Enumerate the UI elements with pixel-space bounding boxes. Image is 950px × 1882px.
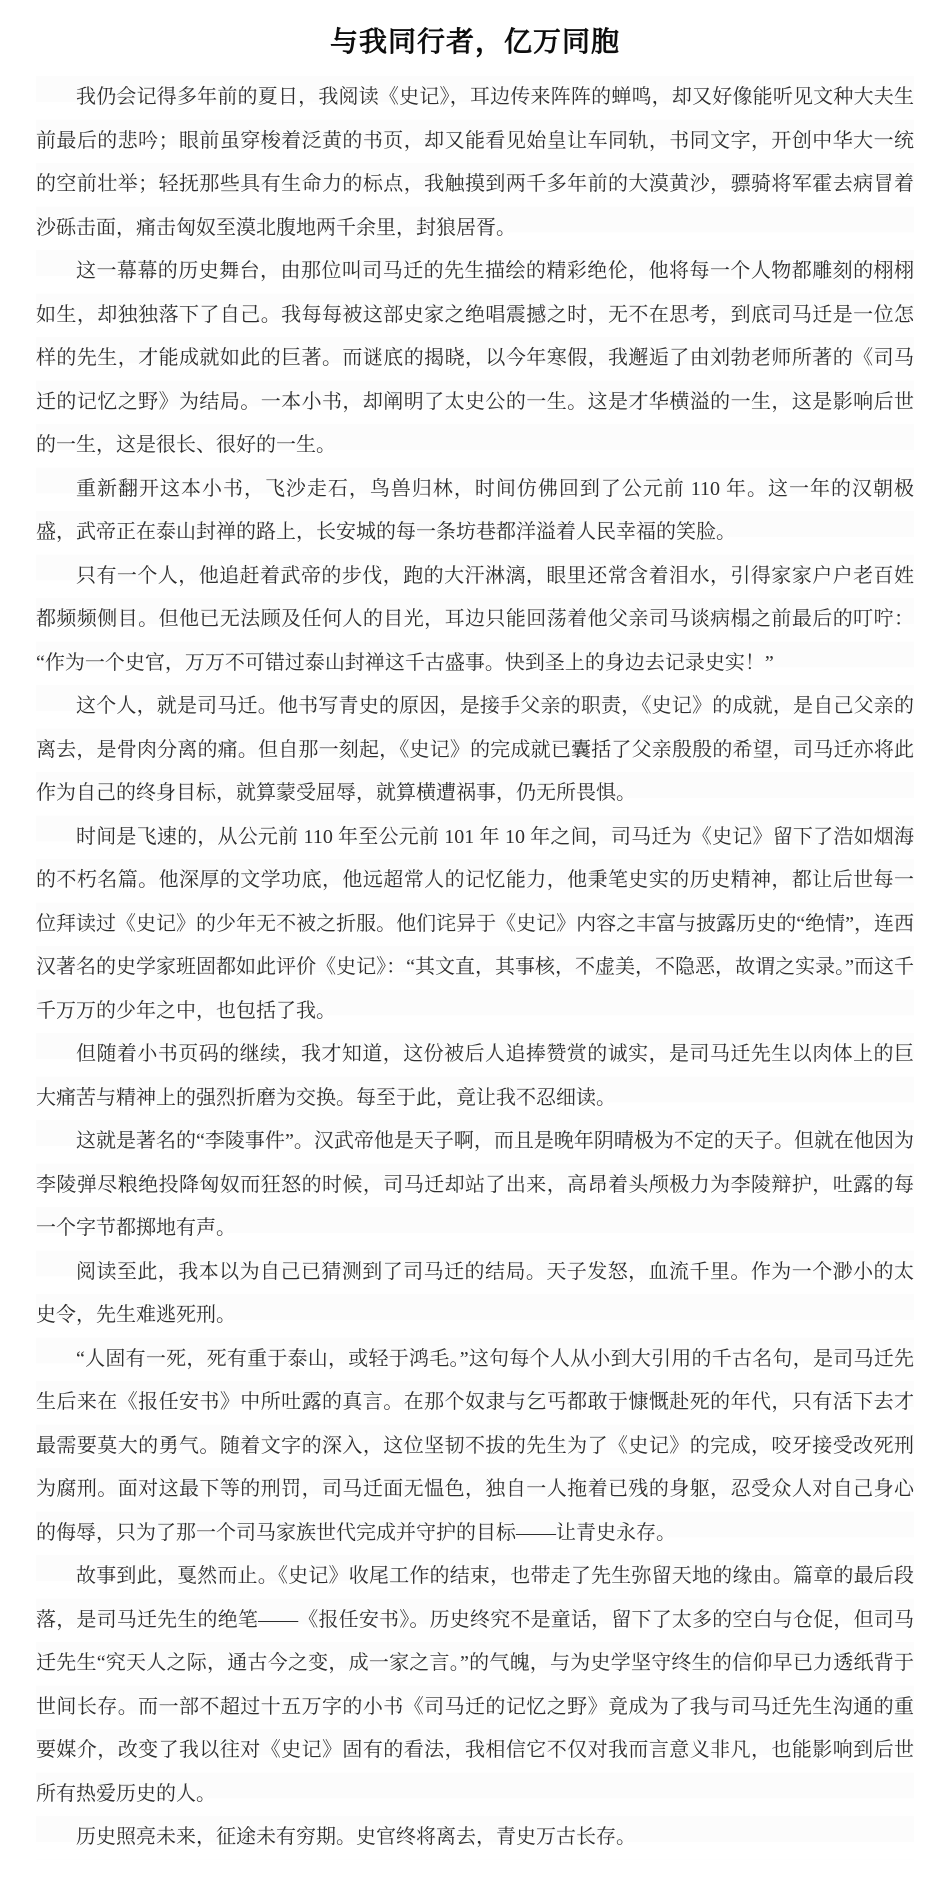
paragraph: “人固有一死，死有重于泰山，或轻于鸿毛。”这句每个人从小到大引用的千古名句，是司… bbox=[36, 1338, 914, 1556]
paragraph: 但随着小书页码的继续，我才知道，这份被后人追捧赞赏的诚实，是司马迁先生以肉体上的… bbox=[36, 1033, 914, 1120]
paragraph: 这一幕幕的历史舞台，由那位叫司马迁的先生描绘的精彩绝伦，他将每一个人物都雕刻的栩… bbox=[36, 250, 914, 468]
paragraph: 重新翻开这本小书，飞沙走石，鸟兽归林，时间仿佛回到了公元前 110 年。这一年的… bbox=[36, 468, 914, 555]
paragraph: 这个人，就是司马迁。他书写青史的原因，是接手父亲的职责，《史记》的成就，是自己父… bbox=[36, 685, 914, 816]
paragraph: 只有一个人，他追赶着武帝的步伐，跑的大汗淋漓，眼里还常含着泪水，引得家家户户老百… bbox=[36, 555, 914, 686]
paragraph: 这就是著名的“李陵事件”。汉武帝他是天子啊，而且是晚年阴晴极为不定的天子。但就在… bbox=[36, 1120, 914, 1251]
paragraph: 历史照亮未来，征途未有穷期。史官终将离去，青史万古长存。 bbox=[36, 1816, 914, 1860]
paragraph: 阅读至此，我本以为自己已猜测到了司马迁的结局。天子发怒，血流千里。作为一个渺小的… bbox=[36, 1251, 914, 1338]
document-page: 与我同行者，亿万同胞 我仍会记得多年前的夏日，我阅读《史记》，耳边传来阵阵的蝉鸣… bbox=[0, 0, 950, 1882]
paragraph: 时间是飞速的，从公元前 110 年至公元前 101 年 10 年之间，司马迁为《… bbox=[36, 816, 914, 1034]
paragraph: 故事到此，戛然而止。《史记》收尾工作的结束，也带走了先生弥留天地的缘由。篇章的最… bbox=[36, 1555, 914, 1816]
essay-title: 与我同行者，亿万同胞 bbox=[36, 26, 914, 60]
paragraph: 我仍会记得多年前的夏日，我阅读《史记》，耳边传来阵阵的蝉鸣，却又好像能听见文种大… bbox=[36, 76, 914, 250]
essay-body: 我仍会记得多年前的夏日，我阅读《史记》，耳边传来阵阵的蝉鸣，却又好像能听见文种大… bbox=[36, 76, 914, 1860]
